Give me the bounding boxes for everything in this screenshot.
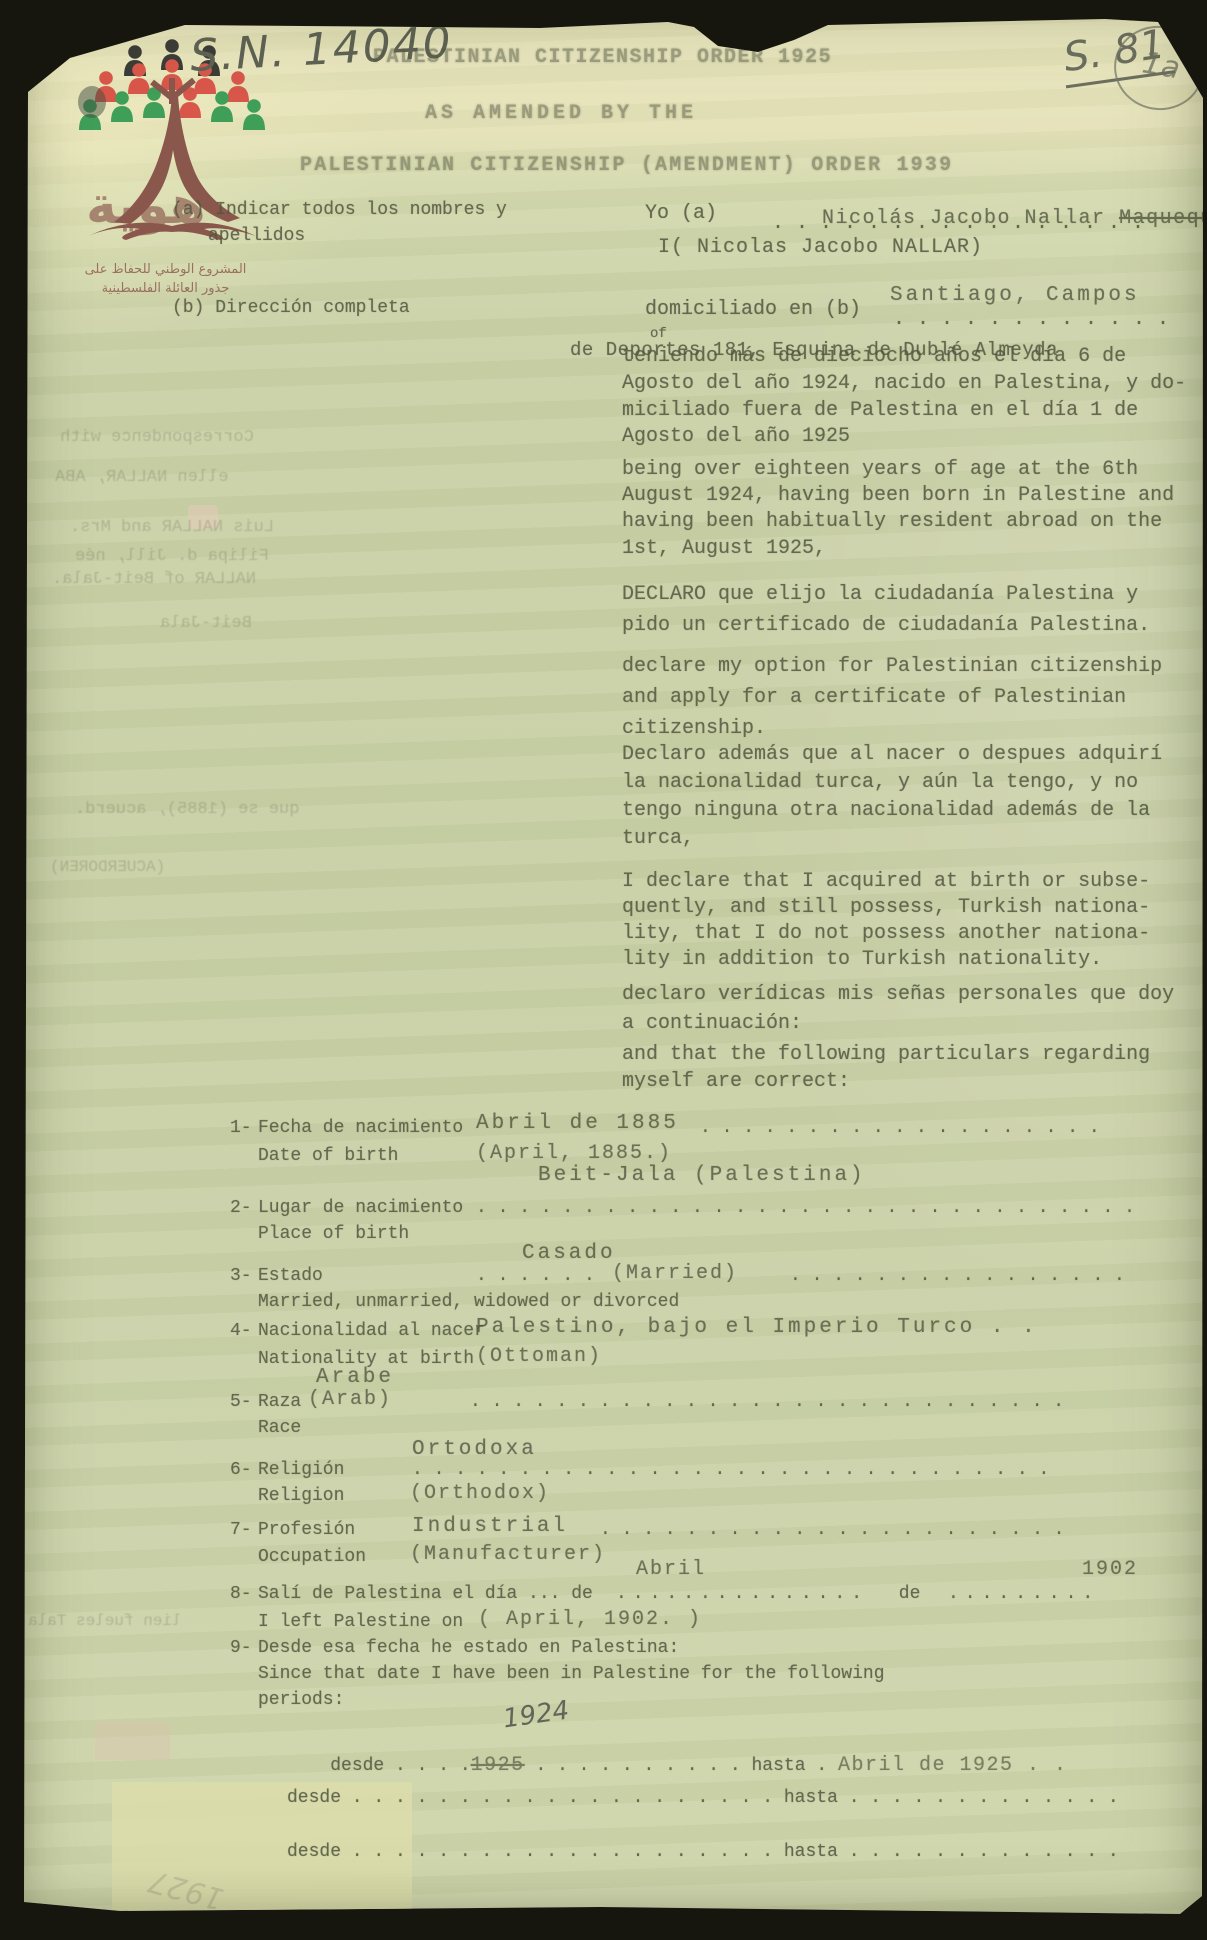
ghost-bleedthrough-8: lien fueles Tala <box>28 1612 182 1630</box>
item7-answer: Industrial <box>412 1515 568 1539</box>
para-en1-line1: August 1924, having been born in Palesti… <box>622 484 1174 507</box>
item9-label-en2: periods: <box>258 1690 344 1711</box>
residence-dotted-line: . . . . . . . . . . . . <box>893 308 1169 331</box>
item7-dots: . . . . . . . . . . . . . . . . . . . . … <box>600 1520 1064 1541</box>
para-es2-line0: DECLARO que elijo la ciudadanía Palestin… <box>622 583 1138 606</box>
period1-year-struck: 1925 <box>471 1754 525 1777</box>
name-dotted-line: . . . . . . . . . . . . . . . . <box>772 212 1144 235</box>
title-line-1: PALESTINIAN CITIZENSHIP ORDER 1925 <box>373 46 832 69</box>
item5-label-en: Race <box>258 1418 301 1439</box>
para-es1-line3: Agosto del año 1925 <box>622 425 850 448</box>
domiciliado-label: domiciliado en (b) <box>645 298 861 321</box>
para-en2-line0: declare my option for Palestinian citize… <box>622 655 1162 678</box>
item6-answer-above: Ortodoxa <box>412 1438 537 1462</box>
item8-dots2: ......... <box>948 1584 1099 1605</box>
period-row-3: desde . . . . . . . . . . . . . . . . . … <box>287 1842 1119 1863</box>
item8-answer-above2: 1902 <box>1082 1558 1138 1581</box>
item3-dots2: . . . . . . . . . . . . . . . . <box>790 1266 1125 1287</box>
para-es4-line0: declaro verídicas mis señas personales q… <box>622 983 1174 1006</box>
para-en4-line1: myself are correct: <box>622 1070 850 1093</box>
item8-mid: de <box>888 1584 931 1605</box>
title-line-2: AS AMENDED BY THE <box>425 102 697 125</box>
handwritten-year-correction: 1924 <box>501 1696 571 1735</box>
ghost-bleedthrough-4: NALLAR of Beit-Jala. <box>52 570 256 589</box>
para-en3-line2: lity, that I do not possess another nati… <box>622 922 1150 945</box>
item5-answer: (Arab) <box>308 1388 392 1411</box>
para-es1-line1: Agosto del año 1924, nacido en Palestina… <box>622 372 1186 395</box>
logo-arabic-line2: جذور العائلة الفلسطينية <box>58 281 273 296</box>
item1-answer-en: (April, 1885.) <box>476 1142 672 1165</box>
para-en4-line0: and that the following particulars regar… <box>622 1043 1150 1066</box>
para-es1-line2: miciliado fuera de Palestina en el día 1… <box>622 399 1138 422</box>
para-en1-line3: 1st, August 1925, <box>622 537 826 560</box>
ghost-bleedthrough-3: Filipa d. Jill, née <box>75 547 269 566</box>
para-es3-line2: tengo ninguna otra nacionalidad además d… <box>622 799 1150 822</box>
para-es3-line0: Declaro además que al nacer o despues ad… <box>622 743 1162 766</box>
item7-number: 7- <box>230 1520 252 1541</box>
ghost-bleedthrough-1: ellen NALLAR, ABA <box>55 468 228 487</box>
period1-prefix: desde . . . . <box>330 1756 470 1776</box>
para-es2-line1: pido un certificado de ciudadanía Palest… <box>622 614 1150 637</box>
para-en3-line3: lity in addition to Turkish nationality. <box>622 948 1102 971</box>
item5-dots: . . . . . . . . . . . . . . . . . . . . … <box>470 1392 1064 1413</box>
para-es3-line3: turca, <box>622 827 694 850</box>
item2-answer-above: Beit-Jala (Palestina) <box>538 1164 866 1188</box>
item2-dots: . . . . . . . . . . . . . . . . . . . . … <box>476 1198 1135 1219</box>
applicant-name-english: I( Nicolas Jacobo NALLAR) <box>658 236 983 259</box>
para-en1-line2: having been habitually resident abroad o… <box>622 510 1162 533</box>
margin-label-a-line1: (a) Indicar todos los nombres y <box>172 200 507 221</box>
margin-label-a-line2: apellidos <box>208 226 305 247</box>
item7-label-es: Profesión <box>258 1520 355 1541</box>
item3-answer-above: Casado <box>522 1242 616 1266</box>
title-line-3: PALESTINIAN CITIZENSHIP (AMENDMENT) ORDE… <box>300 154 953 177</box>
period-row-2: desde . . . . . . . . . . . . . . . . . … <box>287 1788 1119 1809</box>
para-es4-line1: a continuación: <box>622 1012 802 1035</box>
item5-label-es: Raza <box>258 1392 301 1413</box>
ghost-bleedthrough-6: que se (1885), acuerd. <box>75 800 299 819</box>
item3-label-es: Estado <box>258 1266 323 1287</box>
item1-label-es: Fecha de nacimiento <box>258 1118 463 1139</box>
item8-label-en: I left Palestine on <box>258 1612 463 1633</box>
item6-dots: . . . . . . . . . . . . . . . . . . . . … <box>412 1460 1049 1481</box>
item2-label-en: Place of birth <box>258 1224 409 1245</box>
para-en2-line1: and apply for a certificate of Palestini… <box>622 686 1126 709</box>
item1-number: 1- <box>230 1118 252 1139</box>
para-en2-line2: citizenship. <box>622 717 766 740</box>
item9-number: 9- <box>230 1638 252 1659</box>
item6-answer-en: (Orthodox) <box>410 1482 550 1505</box>
item3-answer-mid: (Married) <box>612 1262 738 1285</box>
paper-stain-rose <box>95 1722 170 1760</box>
ghost-bleedthrough-5: Beit-Jala <box>160 614 252 633</box>
item8-dots1: ............... <box>616 1584 868 1605</box>
item3-dots1: . . . . . . <box>476 1266 595 1287</box>
item2-label-es: Lugar de nacimiento <box>258 1198 463 1219</box>
residence-city: Santiago, Campos <box>890 284 1140 308</box>
para-es3-line1: la nacionalidad turca, y aún la tengo, y… <box>622 771 1138 794</box>
item3-label-en: Married, unmarried, widowed or divorced <box>258 1292 679 1313</box>
page-number: 1a <box>1140 45 1183 86</box>
item4-number: 4- <box>230 1321 252 1342</box>
scanned-citizenship-form: { "document": { "serial_handwritten": "S… <box>0 0 1207 1940</box>
item7-label-en: Occupation <box>258 1547 366 1568</box>
item8-label-es: Salí de Palestina el día ... de <box>258 1584 593 1605</box>
item5-number: 5- <box>230 1392 252 1413</box>
item6-number: 6- <box>230 1460 252 1481</box>
paper-sheet: هوية المشروع الوطني للحفاظ على جذور العا… <box>0 0 1207 1940</box>
ghost-bleedthrough-7: (ACUERDOREN) <box>50 858 165 876</box>
logo-arabic-line1: المشروع الوطني للحفاظ على <box>58 262 273 277</box>
ghost-bleedthrough-2: Luis NALLAR and Mrs. <box>70 518 274 537</box>
period1-mid: . . . . . . . . . . hasta . <box>525 1756 838 1776</box>
para-en3-line0: I declare that I acquired at birth or su… <box>622 870 1150 893</box>
item8-answer-en: ( April, 1902. ) <box>478 1608 702 1631</box>
para-en1-line0: being over eighteen years of age at the … <box>622 458 1138 481</box>
period1-until-value: Abril de 1925 . . <box>838 1754 1068 1777</box>
item5-answer-above: Arabe <box>316 1366 394 1390</box>
item8-answer-above1: Abril <box>636 1558 706 1581</box>
item1-answer: Abril de 1885 <box>476 1112 679 1136</box>
yo-prefix: Yo (a) <box>645 202 717 225</box>
ghost-bleedthrough-0: Correspondence with <box>60 428 254 447</box>
item8-number: 8- <box>230 1584 252 1605</box>
item4-answer: Palestino, bajo el Imperio Turco . . <box>476 1316 1038 1340</box>
item4-answer-en: (Ottoman) <box>476 1345 602 1368</box>
item3-number: 3- <box>230 1266 252 1287</box>
item1-dots: . . . . . . . . . . . . . . . . . . . <box>700 1118 1100 1139</box>
pencil-mark-bottom: 1927 <box>145 1863 228 1917</box>
item6-label-es: Religión <box>258 1460 344 1481</box>
margin-label-b: (b) Dirección completa <box>172 298 410 319</box>
para-es1-line0: teniendo más de dieciocho años el día 6 … <box>622 345 1126 368</box>
item1-label-en: Date of birth <box>258 1146 398 1167</box>
item2-number: 2- <box>230 1198 252 1219</box>
item7-answer-en: (Manufacturer) <box>410 1543 606 1566</box>
item9-label-es: Desde esa fecha he estado en Palestina: <box>258 1638 679 1659</box>
item9-label-en1: Since that date I have been in Palestine… <box>258 1664 885 1685</box>
item4-label-es: Nacionalidad al nacer <box>258 1321 485 1342</box>
para-en3-line1: quently, and still possess, Turkish nati… <box>622 896 1150 919</box>
item6-label-en: Religion <box>258 1486 344 1507</box>
